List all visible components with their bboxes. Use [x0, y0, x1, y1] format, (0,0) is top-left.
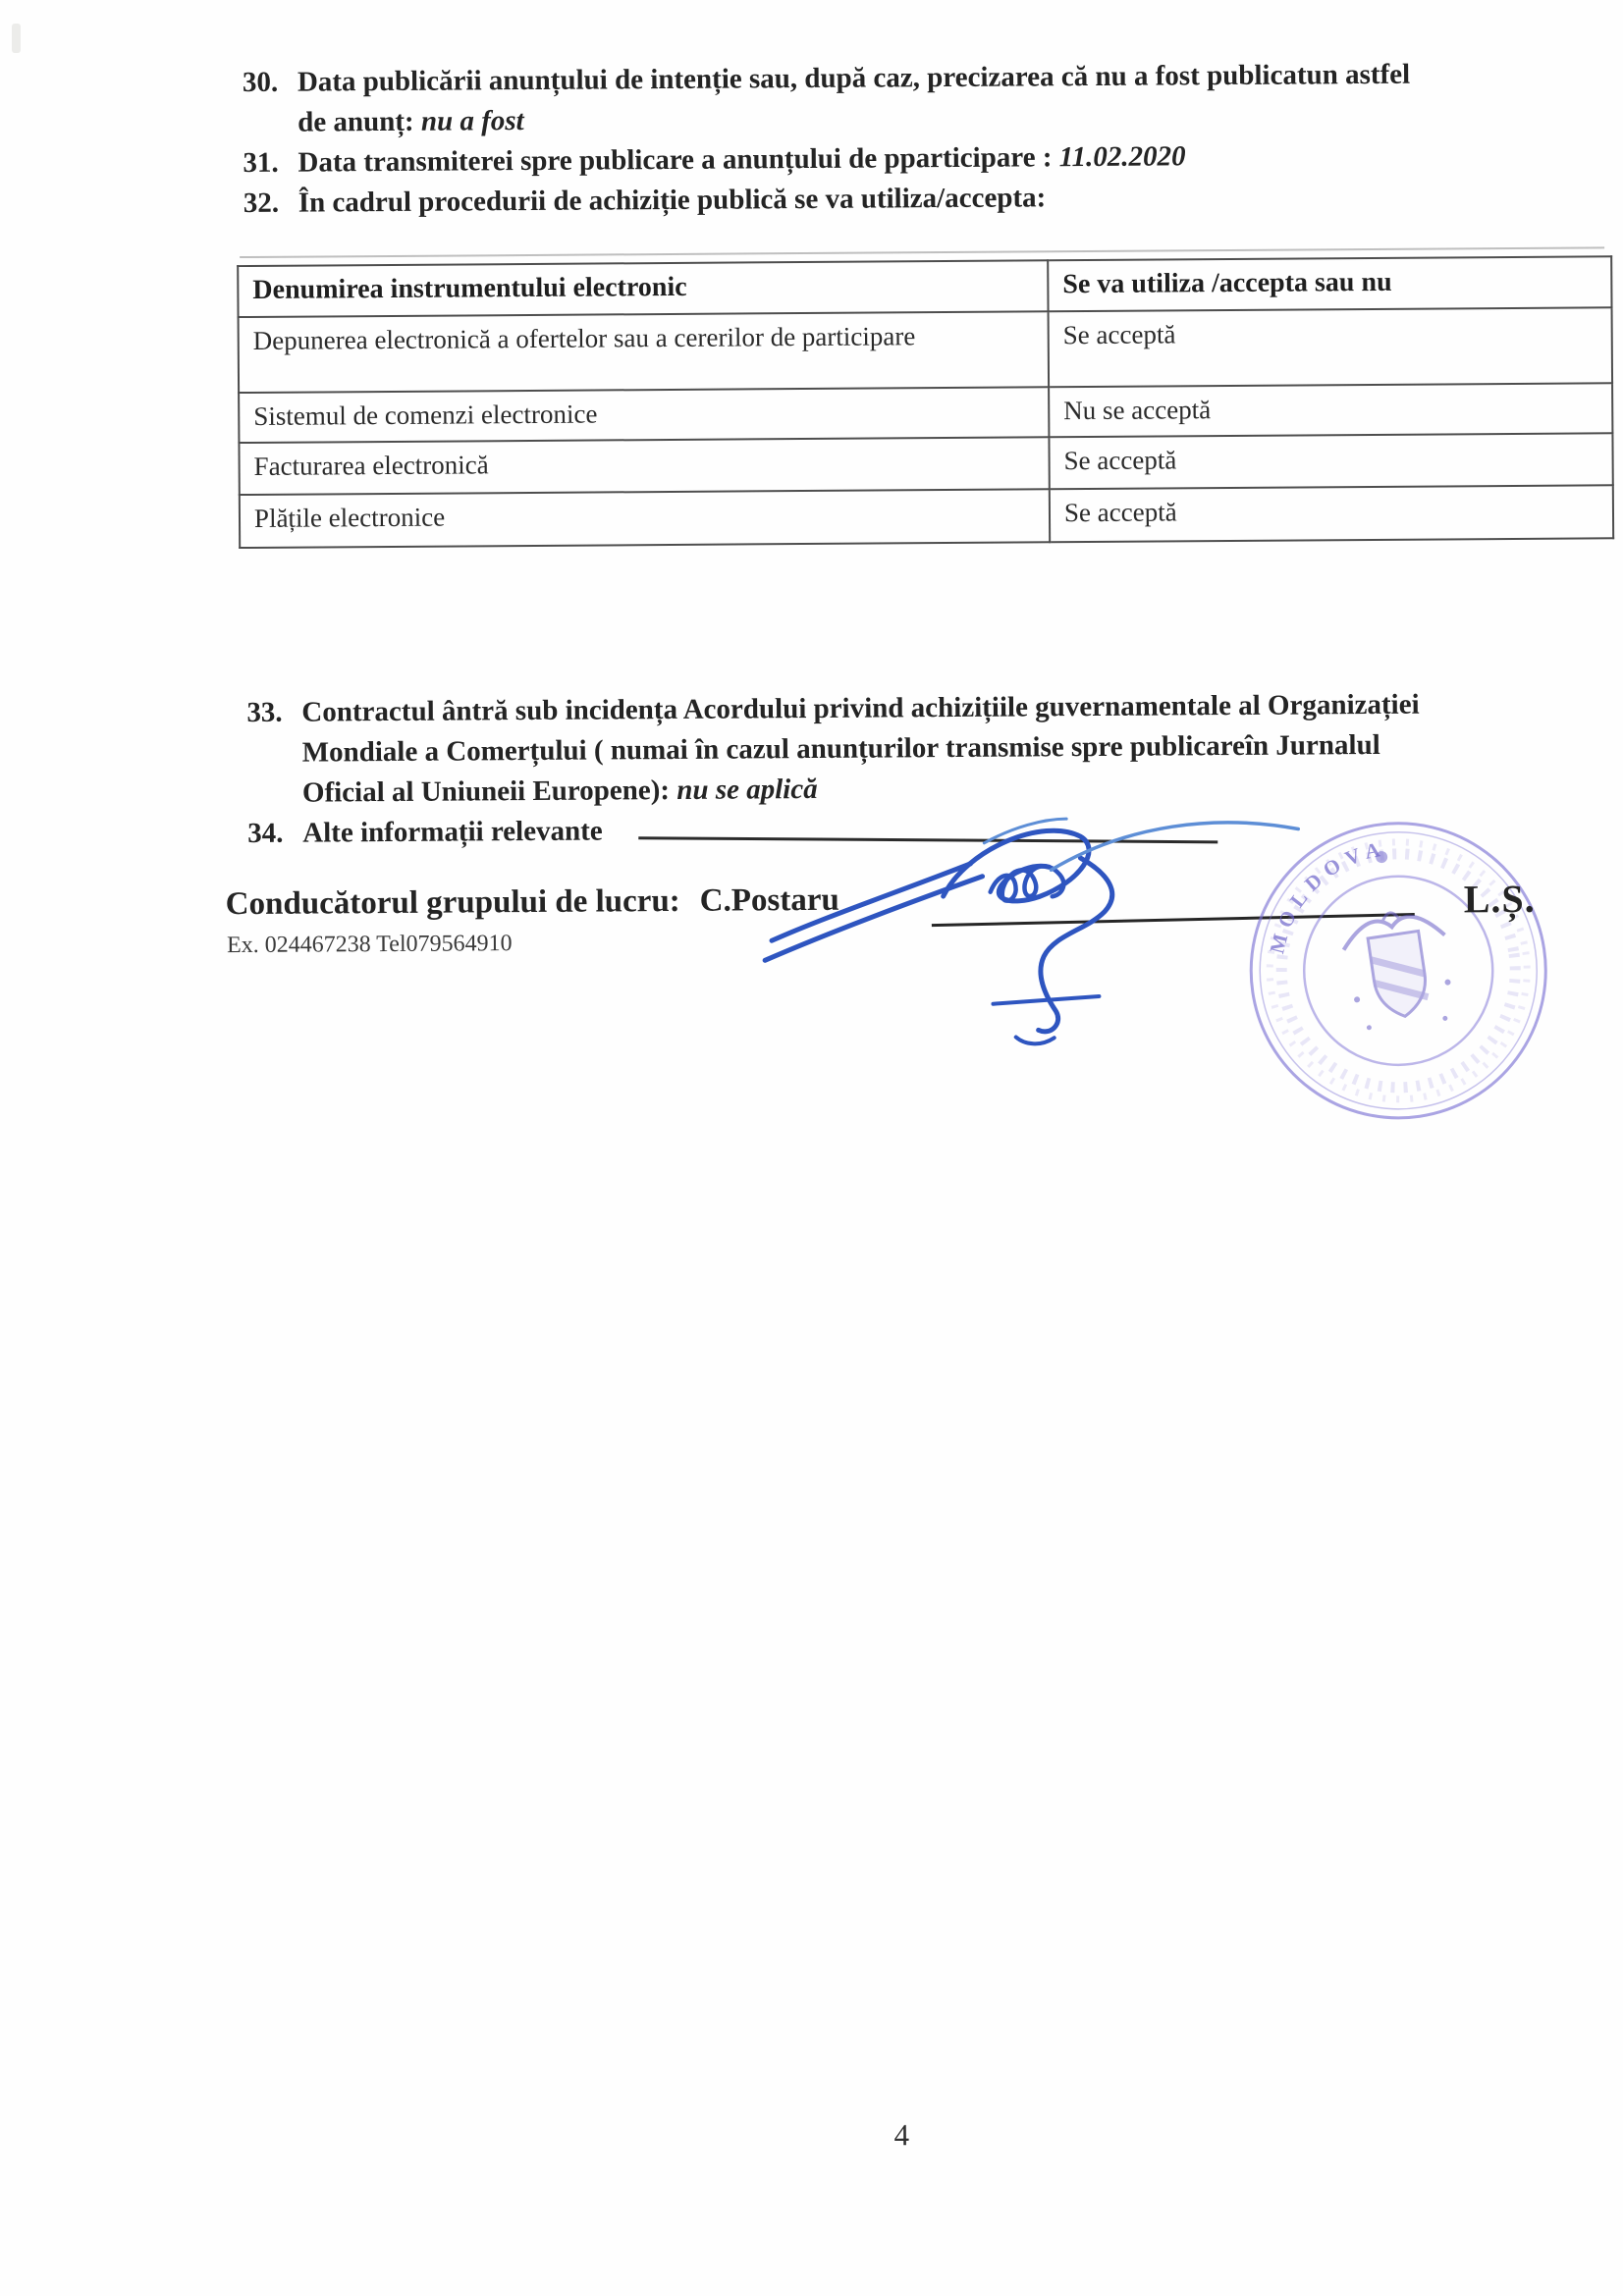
signatory-title: Conducătorul grupului de lucru:C.Postaru [226, 882, 839, 923]
signature-scribble [756, 799, 1308, 1063]
numbered-items-top: 30. Data publicării anunțului de intenți… [243, 53, 1618, 224]
document-page: 30. Data publicării anunțului de intenți… [0, 0, 1623, 2296]
page-content: 30. Data publicării anunțului de intenți… [0, 0, 1623, 2296]
item-30-line2-label: de anunț: [298, 106, 421, 138]
list-item-33: 33. Contractul ântră sub incidența Acord… [246, 683, 1622, 814]
electronic-instruments-table: Denumirea instrumentului electronic Se v… [237, 255, 1614, 549]
item-33-line3-label: Oficial al Uniuneii Europene): [302, 774, 677, 809]
item-32-label: În cadrul procedurii de achiziție public… [298, 174, 1618, 223]
item-33-value: nu se aplică [676, 774, 818, 806]
page-number: 4 [893, 2117, 909, 2153]
item-31-label: Data transmiterei spre publicare a anunț… [298, 141, 1058, 178]
column-header-instrument: Denumirea instrumentului electronic [238, 260, 1048, 317]
cell-acceptance: Se acceptă [1050, 485, 1613, 542]
cell-instrument-name: Sistemul de comenzi electronice [239, 387, 1049, 443]
item-31-value: 11.02.2020 [1059, 140, 1186, 173]
cell-instrument-name: Plățile electronice [240, 489, 1050, 548]
cell-instrument-name: Facturarea electronică [239, 437, 1049, 495]
cell-acceptance: Se acceptă [1049, 433, 1612, 489]
cell-instrument-name: Depunerea electronică a ofertelor sau a … [239, 311, 1050, 393]
cell-acceptance: Nu se acceptă [1049, 383, 1612, 437]
contact-info: Ex. 024467238 Tel079564910 [227, 931, 513, 959]
official-stamp: MOLDOVA [1237, 818, 1559, 1130]
item-text: Data publicării anunțului de intenție sa… [298, 53, 1618, 142]
table-row: Plățile electronice Se acceptă [240, 485, 1613, 548]
item-number: 34. [247, 814, 302, 854]
item-number: 30. [243, 63, 298, 103]
list-item-30: 30. Data publicării anunțului de intenți… [243, 53, 1618, 143]
item-text: Contractul ântră sub incidența Acordului… [301, 683, 1622, 813]
signature-label: Conducătorul grupului de lucru: [226, 883, 680, 922]
column-header-acceptance: Se va utiliza /accepta sau nu [1048, 256, 1611, 311]
item-number: 33. [246, 693, 301, 733]
item-number: 31. [243, 143, 298, 184]
table-row: Facturarea electronică Se acceptă [239, 433, 1612, 495]
cell-acceptance: Se acceptă [1049, 307, 1613, 387]
item-30-value: nu a fost [421, 105, 524, 137]
stamp-emblem [1339, 905, 1457, 1033]
item-number: 32. [243, 184, 298, 224]
seal-abbreviation: L.Ș. [1464, 876, 1536, 923]
list-item-32: 32. În cadrul procedurii de achiziție pu… [243, 174, 1618, 224]
table-row: Depunerea electronică a ofertelor sau a … [239, 307, 1613, 393]
